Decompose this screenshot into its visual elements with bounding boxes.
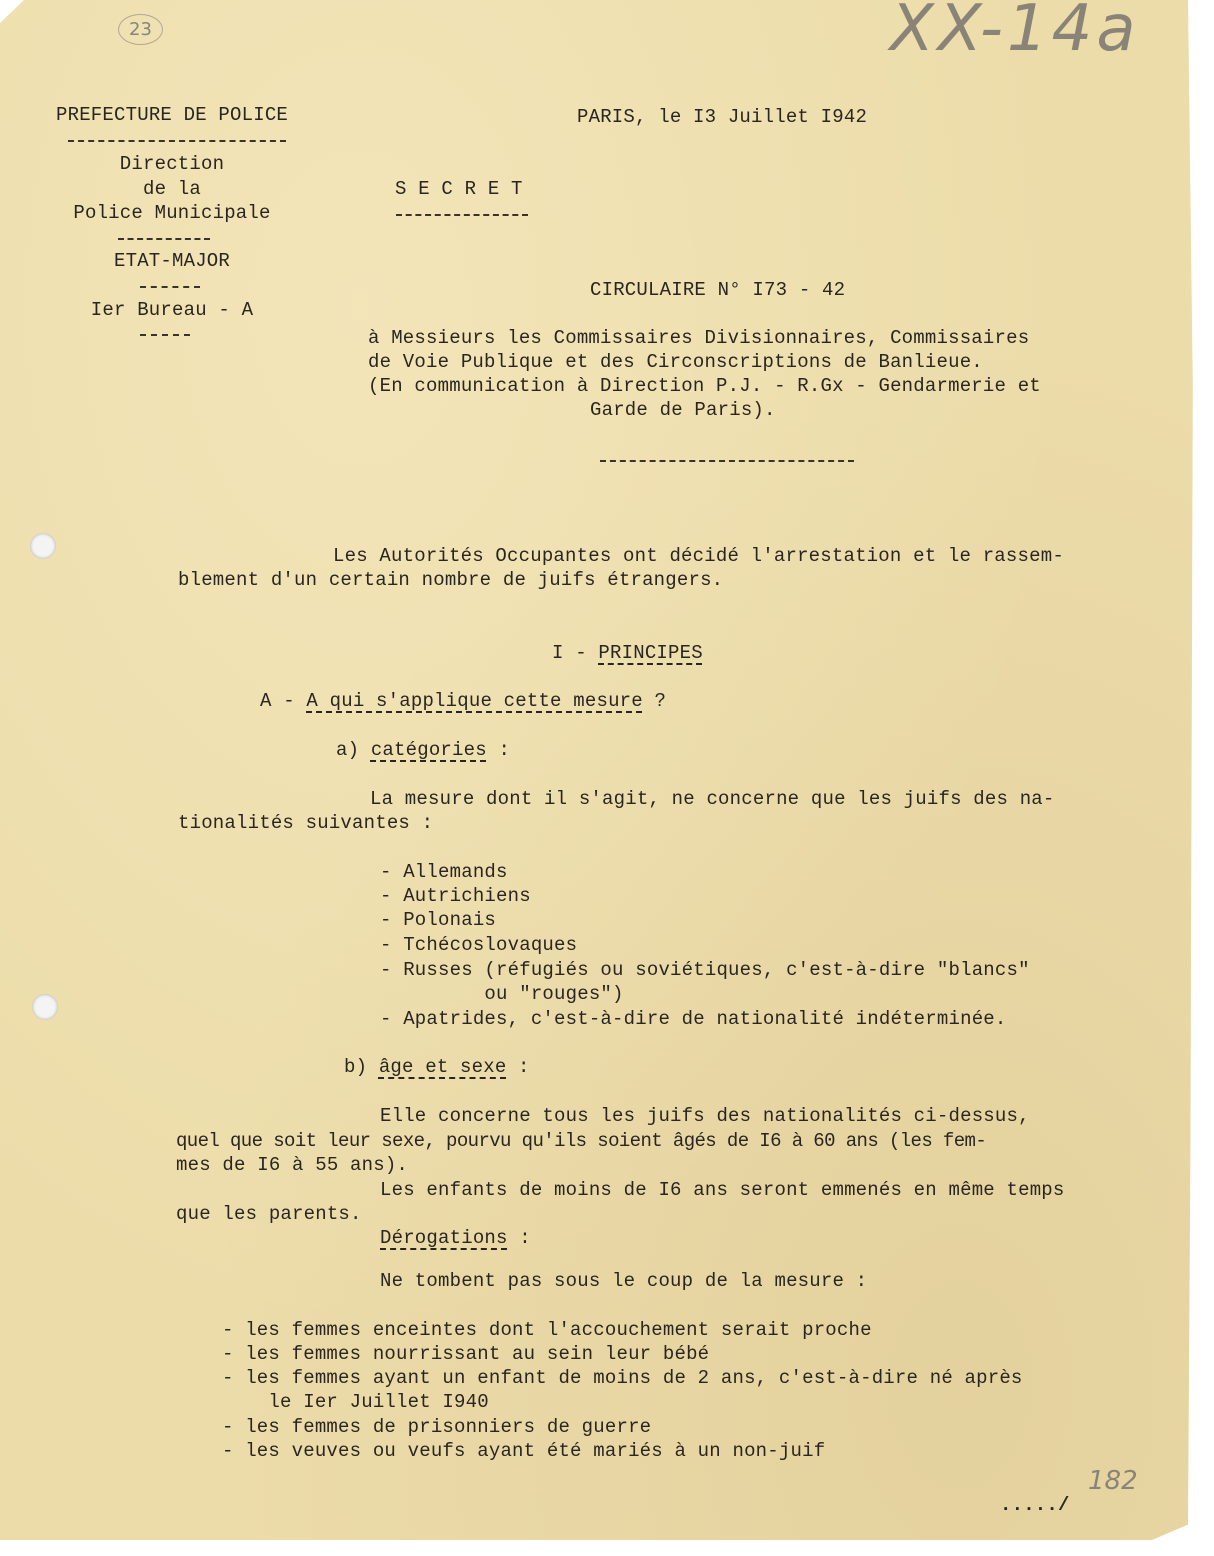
children-paragraph-line: que les parents. — [176, 1203, 362, 1225]
addressees-line: (En communication à Direction P.J. - R.G… — [368, 375, 1041, 397]
heading-suffix: : — [487, 739, 510, 761]
punch-hole-top — [30, 533, 56, 559]
letterhead-bureau: Ier Bureau - A — [56, 299, 288, 321]
list-item: - les femmes enceintes dont l'accoucheme… — [222, 1319, 872, 1341]
document-date: PARIS, le I3 Juillet I942 — [577, 106, 867, 128]
subsection-number: A - — [260, 690, 306, 712]
circular-number: CIRCULAIRE N° I73 - 42 — [590, 279, 845, 301]
section-heading: I - PRINCIPES — [552, 642, 703, 664]
classification-secret: S E C R E T — [395, 178, 523, 200]
page-number: 182 — [1088, 1466, 1138, 1496]
age-paragraph-line: quel que soit leur sexe, pourvu qu'ils s… — [176, 1130, 986, 1152]
list-item: ou "rouges") — [380, 983, 624, 1005]
document-page: XX-14a 23 182 PREFECTURE DE POLICE Direc… — [0, 0, 1200, 1540]
age-paragraph-line: Elle concerne tous les juifs des nationa… — [380, 1105, 1030, 1127]
age-sex-title: âge et sexe — [379, 1056, 507, 1078]
list-item: le Ier Juillet I940 — [222, 1391, 489, 1413]
letterhead-direction: Direction — [56, 153, 288, 175]
item-letter: b) — [344, 1056, 379, 1078]
divider — [600, 460, 854, 462]
subsection-title: A qui s'applique cette mesure — [306, 690, 642, 712]
intro-line: Les Autorités Occupantes ont décidé l'ar… — [333, 545, 1064, 567]
list-item: - Polonais — [380, 909, 496, 931]
circled-mark: 23 — [118, 14, 163, 45]
letterhead-etat-major: ETAT-MAJOR — [56, 250, 288, 272]
addressees-line: Garde de Paris). — [590, 399, 776, 421]
letterhead-de-la: de la — [56, 178, 288, 200]
list-item: - les femmes ayant un enfant de moins de… — [222, 1367, 1023, 1389]
divider — [396, 214, 528, 216]
divider — [140, 286, 200, 288]
children-paragraph-line: Les enfants de moins de I6 ans seront em… — [380, 1179, 1065, 1201]
age-paragraph-line: mes de I6 à 55 ans). — [176, 1154, 408, 1176]
item-letter: a) — [336, 739, 371, 761]
list-item: - Russes (réfugiés ou soviétiques, c'est… — [380, 959, 1030, 981]
subsection-suffix: ? — [643, 690, 666, 712]
continuation-mark: ...../ — [1000, 1494, 1070, 1516]
addressees-line: à Messieurs les Commissaires Divisionnai… — [368, 327, 1029, 349]
categories-paragraph-line: La mesure dont il s'agit, ne concerne qu… — [370, 788, 1055, 810]
addressees-line: de Voie Publique et des Circonscriptions… — [368, 351, 983, 373]
list-item: - les veuves ou veufs ayant été mariés à… — [222, 1440, 825, 1462]
list-item: - Tchécoslovaques — [380, 934, 577, 956]
punch-hole-bottom — [32, 994, 58, 1020]
heading-suffix: : — [506, 1056, 529, 1078]
letterhead-police-municipale: Police Municipale — [56, 202, 288, 224]
categories-paragraph-line: tionalités suivantes : — [178, 812, 433, 834]
list-item: - Autrichiens — [380, 885, 531, 907]
divider — [68, 140, 286, 142]
list-item: - les femmes de prisonniers de guerre — [222, 1416, 651, 1438]
subsection-heading: A - A qui s'applique cette mesure ? — [260, 690, 666, 712]
list-item: - les femmes nourrissant au sein leur bé… — [222, 1343, 709, 1365]
categories-title: catégories — [371, 739, 487, 761]
list-item: - Allemands — [380, 861, 508, 883]
archive-reference: XX-14a — [890, 0, 1140, 66]
heading-suffix: : — [508, 1227, 531, 1249]
divider — [118, 238, 210, 240]
letterhead-prefecture: PREFECTURE DE POLICE — [56, 104, 288, 126]
derogations-title: Dérogations — [380, 1227, 508, 1249]
list-item: - Apatrides, c'est-à-dire de nationalité… — [380, 1008, 1007, 1030]
derogations-heading: Dérogations : — [380, 1227, 531, 1249]
divider — [140, 334, 190, 336]
derogations-intro: Ne tombent pas sous le coup de la mesure… — [380, 1270, 867, 1292]
section-number: I - — [552, 642, 598, 664]
categories-heading: a) catégories : — [336, 739, 510, 761]
section-title: PRINCIPES — [598, 642, 702, 664]
intro-line: blement d'un certain nombre de juifs étr… — [178, 569, 723, 591]
age-sex-heading: b) âge et sexe : — [344, 1056, 530, 1078]
